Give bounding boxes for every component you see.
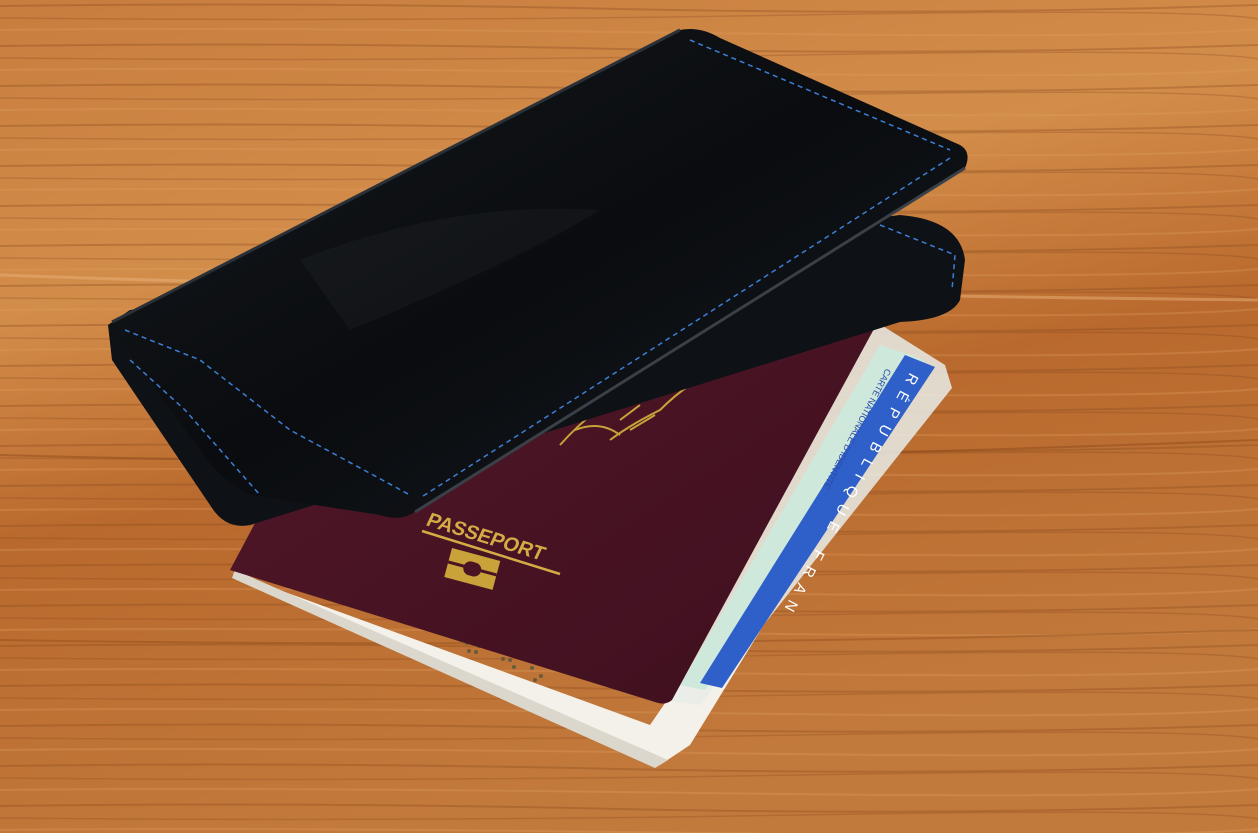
photo-scene: RÉPUBLIQUE FRAN CARTE NATIONALE D'IDENTI… [0, 0, 1258, 833]
